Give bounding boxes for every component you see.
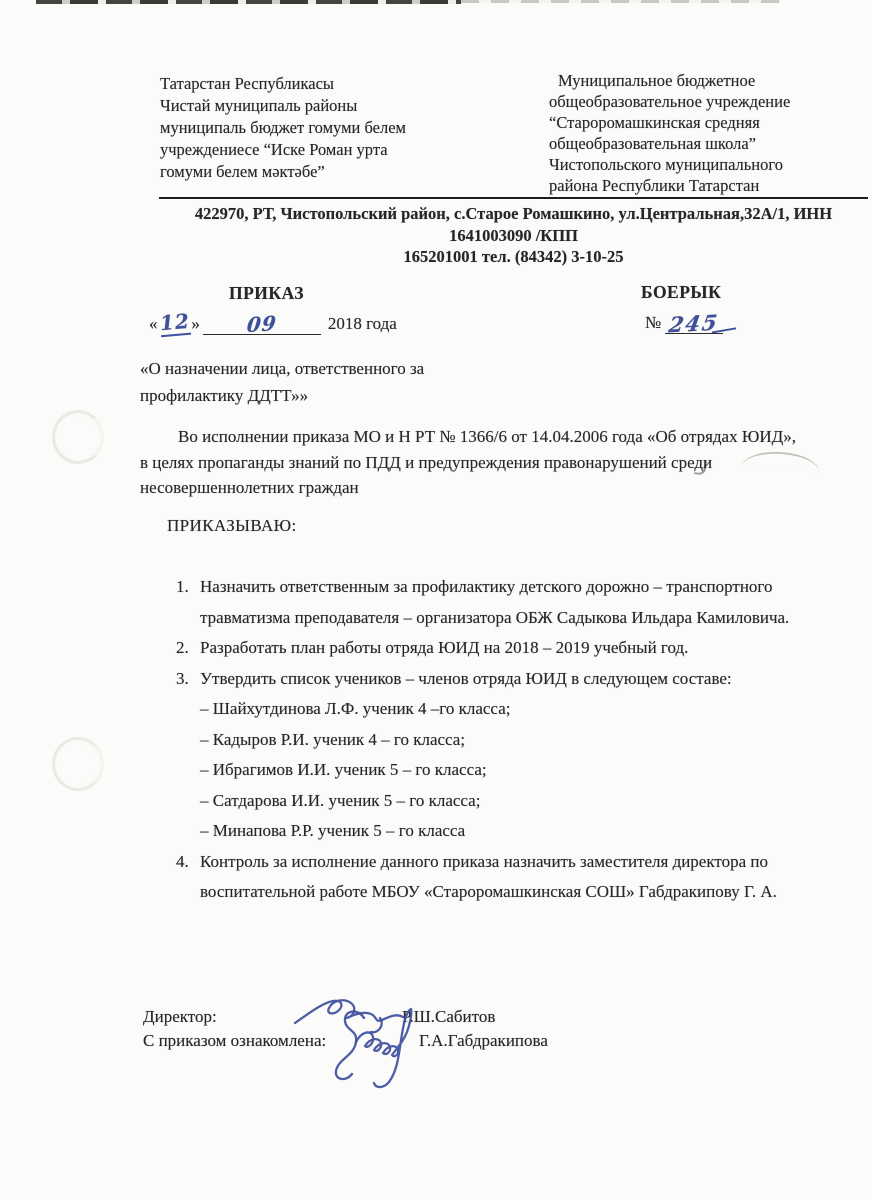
handwritten-month: 09 (246, 311, 278, 337)
item-line: Контроль за исполнение данного приказа н… (200, 847, 868, 878)
item-line: Назначить ответственным за профилактику … (200, 572, 868, 603)
scan-artifact-top-strip (36, 0, 461, 4)
address-line: 422970, РТ, Чистопольский район, с.Старо… (159, 203, 868, 225)
item-line: воспитательной работе МБОУ «Староромашки… (200, 877, 868, 908)
date-close-quote: » (191, 314, 200, 334)
subject-line: профилактику ДДТТ»» (140, 382, 424, 409)
date-year-text: 2018 года (328, 314, 397, 334)
item-line: травматизма преподавателя – организатора… (200, 603, 868, 634)
item-number: 3. (176, 664, 200, 695)
letterhead-tatar-line: учреждениесе “Иске Роман урта (160, 139, 500, 161)
item-number: 2. (176, 633, 200, 664)
letterhead-russian-line: района Республики Татарстан (549, 175, 871, 196)
punch-hole-top (52, 410, 104, 464)
letterhead-russian-line: общеобразовательное учреждение (549, 91, 871, 112)
handwritten-order-number: 245 (667, 310, 721, 338)
director-label: Директор: (143, 1007, 217, 1027)
order-title-tatar: БОЕРЫК (641, 282, 721, 303)
preamble-line: Во исполнении приказа МО и Н РТ № 1366/6… (140, 424, 858, 450)
address-line: 165201001 тел. (84342) 3-10-25 (159, 246, 868, 268)
number-blank-line: 245 (665, 308, 723, 334)
student-list-item: – Минапова Р.Р. ученик 5 – го класса (200, 816, 868, 847)
item-text: Назначить ответственным за профилактику … (200, 572, 868, 633)
student-list-item: – Сатдарова И.И. ученик 5 – го класса; (200, 786, 868, 817)
item-number: 4. (176, 847, 200, 908)
letterhead-russian: Муниципальное бюджетное общеобразователь… (549, 70, 871, 196)
directive-item-3: 3. Утвердить список учеников – членов от… (176, 664, 868, 695)
date-open-quote: « (149, 314, 158, 334)
item-text: Разработать план работы отряда ЮИД на 20… (200, 633, 868, 664)
item-text: Контроль за исполнение данного приказа н… (200, 847, 868, 908)
punch-hole-bottom (52, 737, 104, 791)
scanned-order-document: Татарстан Республикасы Чистай муниципаль… (0, 0, 872, 1200)
decree-heading: ПРИКАЗЫВАЮ: (167, 516, 297, 536)
order-date-line: « 12 » 09 2018 года (149, 310, 397, 336)
item-text: Утвердить список учеников – членов отряд… (200, 664, 868, 695)
handwritten-day: 12 (158, 309, 190, 338)
letterhead-russian-line: Чистопольского муниципального (549, 154, 871, 175)
item-number: 1. (176, 572, 200, 633)
address-line: 1641003090 /КПП (159, 225, 868, 247)
student-list-item: – Шайхутдинова Л.Ф. ученик 4 –го класса; (200, 694, 868, 725)
letterhead-tatar: Татарстан Республикасы Чистай муниципаль… (160, 73, 500, 183)
number-sign: № (645, 313, 661, 333)
student-list-item: – Кадыров Р.И. ученик 4 – го класса; (200, 725, 868, 756)
directive-item-1: 1. Назначить ответственным за профилакти… (176, 572, 868, 633)
preamble-line: несовершеннолетних граждан (140, 475, 858, 501)
acknowledged-signature (328, 1004, 423, 1092)
letterhead-divider-line (159, 197, 868, 199)
order-title-russian: ПРИКАЗ (229, 283, 304, 304)
order-subject: «О назначении лица, ответственного за пр… (140, 355, 424, 409)
preamble-line: в целях пропаганды знаний по ПДД и преду… (140, 450, 858, 476)
subject-line: «О назначении лица, ответственного за (140, 355, 424, 382)
date-month-blank-line: 09 (203, 310, 321, 335)
address-block: 422970, РТ, Чистопольский район, с.Старо… (159, 203, 868, 268)
directives-list: 1. Назначить ответственным за профилакти… (176, 572, 868, 908)
letterhead-russian-line: Муниципальное бюджетное (549, 70, 871, 91)
student-list-item: – Ибрагимов И.И. ученик 5 – го класса; (200, 755, 868, 786)
scan-artifact-top-strip-light (461, 0, 781, 3)
letterhead-tatar-line: муниципаль бюджет гомуми белем (160, 117, 500, 139)
letterhead-tatar-line: Татарстан Республикасы (160, 73, 500, 95)
letterhead-tatar-line: гомуми белем мәктәбе” (160, 161, 500, 183)
letterhead-tatar-line: Чистай муниципаль районы (160, 95, 500, 117)
letterhead-russian-line: общеобразовательная школа” (549, 133, 871, 154)
order-number-line: № 245 (645, 308, 723, 334)
directive-item-2: 2. Разработать план работы отряда ЮИД на… (176, 633, 868, 664)
letterhead-russian-line: “Староромашкинская средняя (549, 112, 871, 133)
acknowledged-name: Г.А.Габдракипова (419, 1031, 548, 1051)
order-preamble: Во исполнении приказа МО и Н РТ № 1366/6… (140, 424, 858, 501)
directive-item-4: 4. Контроль за исполнение данного приказ… (176, 847, 868, 908)
